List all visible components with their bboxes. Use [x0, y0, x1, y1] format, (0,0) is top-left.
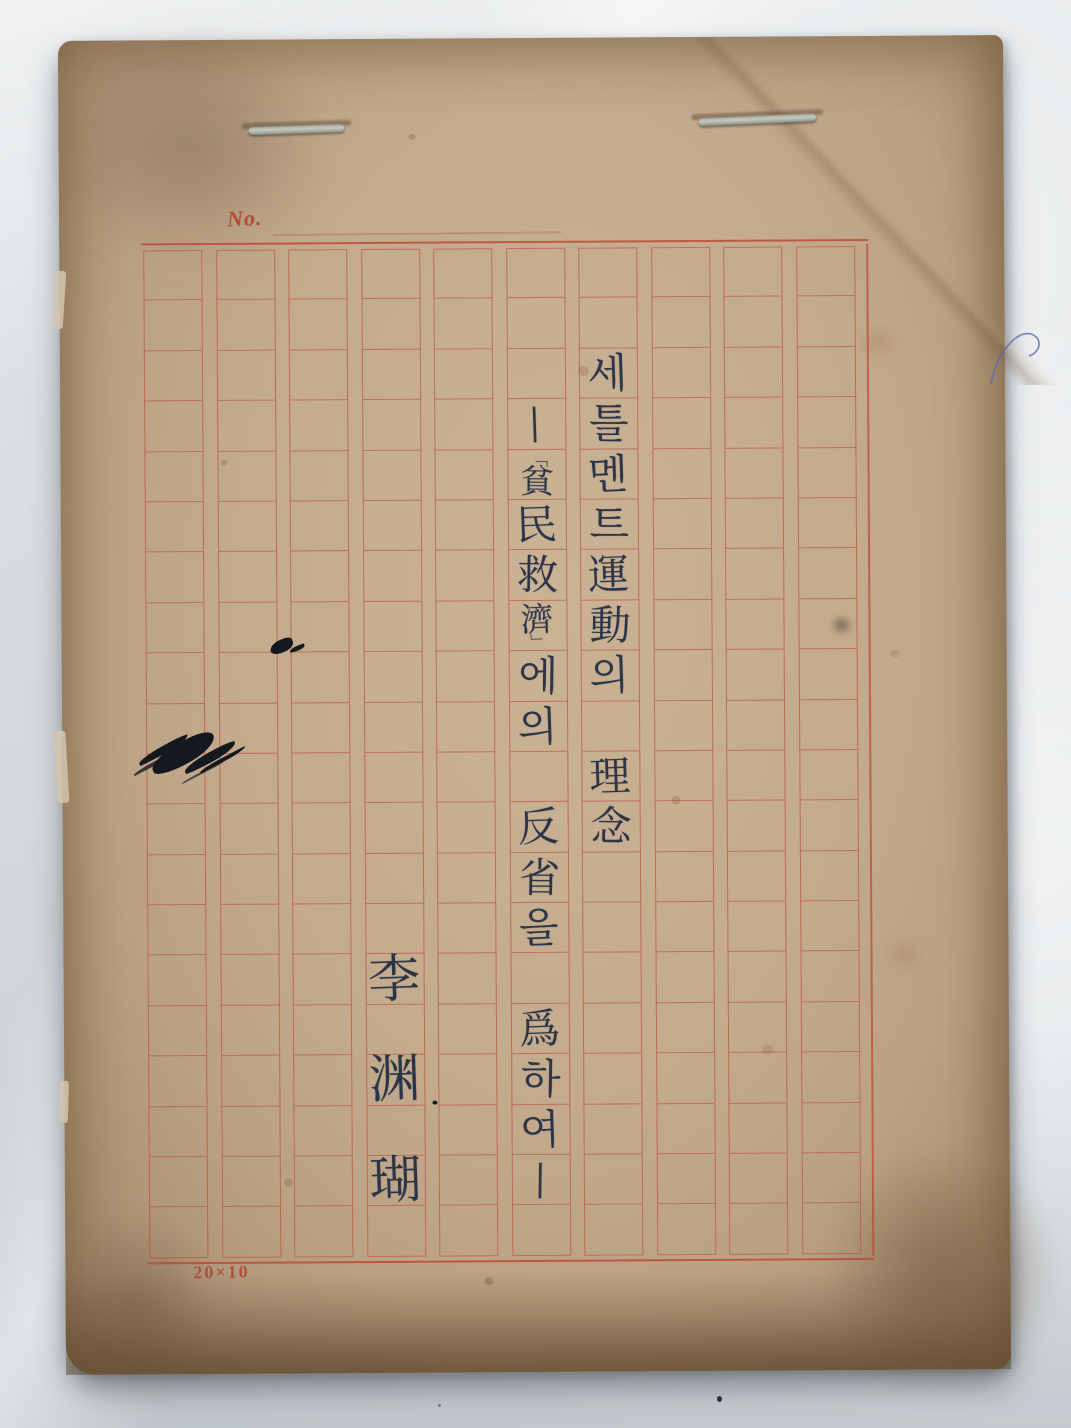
- grid-cell: [802, 1153, 859, 1204]
- grid-cell: [652, 297, 709, 348]
- grid-cell: [727, 750, 784, 801]
- grid-cell: [144, 250, 201, 301]
- grid-cell: [436, 551, 493, 602]
- grid-cell: [585, 1154, 642, 1205]
- handwritten-char: 渊: [367, 1054, 421, 1108]
- grid-cell: [799, 599, 856, 650]
- handwritten-char: 省: [518, 857, 560, 899]
- handwritten-char: 세: [587, 352, 628, 394]
- grid-cell: [728, 902, 785, 953]
- handwritten-char: 運: [588, 554, 630, 596]
- grid-cell: [655, 751, 712, 802]
- ink-speck: [432, 1101, 437, 1105]
- grid-cell: [149, 1056, 206, 1107]
- grid-cell: [726, 498, 783, 549]
- char-cell: 渊: [365, 1054, 424, 1106]
- grid-cell: [657, 1104, 714, 1155]
- grid-cell: [148, 905, 205, 956]
- grid-cell: [363, 400, 420, 451]
- grid-cell: [800, 800, 857, 851]
- grid-cell: [365, 803, 422, 854]
- grid-cell: [800, 851, 857, 902]
- grid-cell: [438, 903, 495, 954]
- stain: [65, 1267, 1011, 1375]
- grid-cell: [223, 1207, 280, 1258]
- grid-cell: [294, 1106, 351, 1157]
- char-cell: 하: [511, 1054, 569, 1105]
- handwritten-char: 멘: [588, 453, 629, 495]
- char-cell: 을: [509, 902, 568, 954]
- grid-cell: [220, 854, 277, 905]
- grid-cell: [434, 248, 491, 299]
- grid-cell: [362, 249, 419, 300]
- grid-column: [216, 250, 281, 1258]
- grid-cell: [656, 902, 713, 953]
- grid-cell: [438, 803, 495, 854]
- grid-cell: [146, 502, 203, 553]
- staple-right: [698, 113, 816, 126]
- grid-column: [433, 248, 498, 1256]
- photograph: No. 20×10 세틀멘트運動의理念—「貧民救濟」에의反省을爲하여—李渊瑚: [0, 0, 1071, 1428]
- grid-cell: [507, 298, 564, 349]
- grid-cell: [652, 247, 709, 298]
- grid-cell: [294, 955, 351, 1006]
- grid-cell: [291, 602, 348, 653]
- grid-cell: [290, 400, 347, 451]
- grid-cell: [362, 299, 419, 350]
- stain: [881, 934, 929, 976]
- char-cell: [367, 1105, 425, 1156]
- grid-cell: [221, 955, 278, 1006]
- handwritten-char: 救: [516, 555, 558, 597]
- grid-cell: [368, 1206, 425, 1257]
- handwritten-char: 의: [517, 706, 558, 748]
- grid-cell: [218, 502, 275, 553]
- grid-cell: [725, 448, 782, 499]
- grid-cell: [436, 601, 493, 652]
- grid-cell: [149, 1006, 206, 1057]
- grid-cell: [657, 1154, 714, 1205]
- grid-cell: [220, 753, 277, 804]
- grid-cell: [365, 853, 422, 904]
- grid-cell: [149, 1107, 206, 1158]
- grid-cell: [726, 599, 783, 650]
- handwritten-char: 하: [520, 1059, 560, 1101]
- handwritten-char: 濟: [519, 603, 553, 637]
- grid-cell: [435, 399, 492, 450]
- handwritten-char: 爲: [518, 1008, 560, 1050]
- grid-cell: [219, 552, 276, 603]
- handwritten-char: —: [515, 404, 555, 444]
- background-speck: [717, 1396, 722, 1402]
- staple-left: [248, 124, 344, 135]
- author-column: 李渊瑚: [365, 954, 424, 1206]
- char-cell: 瑚: [366, 1155, 425, 1207]
- grid-cell: [655, 852, 712, 903]
- grid-cell: [291, 501, 348, 552]
- grid-cell: [513, 1205, 570, 1256]
- grid-cell: [294, 1005, 351, 1056]
- grid-cell: [729, 1053, 786, 1104]
- grid-cell: [728, 851, 785, 902]
- grid-cell: [219, 602, 276, 653]
- torn-edge-chip: [52, 271, 67, 330]
- blue-thread-fiber: [983, 322, 1053, 402]
- char-cell: 救: [508, 550, 566, 601]
- grid-cell: [730, 1153, 787, 1204]
- char-cell: 「貧: [508, 449, 566, 500]
- handwritten-char: 」: [530, 633, 543, 652]
- grid-cell: [802, 1052, 859, 1103]
- subtitle-column: —「貧民救濟」에의反省을爲하여—: [507, 399, 569, 1206]
- grid-cell: [507, 349, 564, 400]
- char-cell: —: [512, 1155, 570, 1206]
- grid-cell: [802, 1103, 859, 1154]
- grid-cell: [289, 249, 346, 300]
- no-underline: [273, 231, 561, 236]
- grid-cell: [364, 702, 421, 753]
- char-cell: 省: [510, 852, 568, 903]
- grid-cell: [290, 451, 347, 502]
- char-cell: [511, 953, 569, 1004]
- char-cell: [366, 1004, 424, 1055]
- handwritten-char: 理: [589, 755, 631, 797]
- grid-cell: [656, 1003, 713, 1054]
- grid-cell: [797, 246, 854, 297]
- grid-cell: [729, 952, 786, 1003]
- grid-cell: [145, 452, 202, 503]
- grid-cell: [725, 297, 782, 348]
- handwritten-char: 念: [590, 806, 632, 848]
- no-label: No.: [227, 205, 263, 232]
- grid-cell: [291, 551, 348, 602]
- char-cell: 念: [582, 801, 640, 852]
- foxing-spots: [409, 134, 416, 140]
- grid-column: [288, 249, 353, 1257]
- grid-cell: [439, 954, 496, 1005]
- grid-cell: [655, 801, 712, 852]
- grid-cell: [653, 398, 710, 449]
- grid-cell: [797, 347, 854, 398]
- grid-cell: [293, 904, 350, 955]
- grid-cell: [150, 1207, 207, 1258]
- handwritten-char: 瑚: [368, 1154, 422, 1208]
- torn-edge-chip: [59, 1081, 69, 1123]
- grid-cell: [222, 1157, 279, 1208]
- char-cell: 틀: [580, 398, 638, 449]
- grid-column: [796, 246, 861, 1254]
- grid-cell: [221, 1005, 278, 1056]
- grid-cell: [363, 501, 420, 552]
- grid-cell: [219, 653, 276, 704]
- handwritten-char: 李: [367, 953, 421, 1007]
- char-cell: 멘: [579, 448, 638, 500]
- char-cell: [510, 752, 568, 803]
- grid-cell: [363, 450, 420, 501]
- grid-cell: [218, 401, 275, 452]
- grid-cell: [145, 401, 202, 452]
- grid-cell: [726, 549, 783, 600]
- grid-cell: [657, 1053, 714, 1104]
- grid-cell: [218, 451, 275, 502]
- grid-cell: [438, 853, 495, 904]
- char-cell: 의: [580, 650, 639, 702]
- grid-cell: [290, 350, 347, 401]
- char-cell: [582, 701, 640, 752]
- grid-cell: [221, 905, 278, 956]
- grid-cell: [799, 548, 856, 599]
- title-column: 세틀멘트運動의理念: [579, 348, 639, 852]
- grid-column: [651, 247, 716, 1255]
- grid-cell: [729, 1002, 786, 1053]
- grid-cell: [583, 852, 640, 903]
- handwritten-char: 「: [530, 449, 543, 467]
- grid-cell: [800, 750, 857, 801]
- grid-cell: [798, 397, 855, 448]
- grid-cell: [584, 1054, 641, 1105]
- grid-cell: [725, 347, 782, 398]
- grid-cell: [437, 702, 494, 753]
- grid-cell: [654, 549, 711, 600]
- char-cell: 濟」: [507, 600, 566, 652]
- handwritten-char: 여: [519, 1109, 560, 1151]
- grid-cell: [653, 499, 710, 550]
- grid-cell: [145, 351, 202, 402]
- grid-cell: [803, 1203, 860, 1254]
- handwritten-char: 反: [517, 806, 559, 848]
- grid-cell: [295, 1156, 352, 1207]
- grid-cell: [725, 398, 782, 449]
- grid-cell: [217, 250, 274, 301]
- handwritten-char: 動: [589, 605, 631, 647]
- char-cell: 여: [510, 1104, 569, 1156]
- manuscript-grid: 세틀멘트運動의理念—「貧民救濟」에의反省을爲하여—李渊瑚: [143, 246, 874, 1258]
- grid-column: [723, 246, 788, 1254]
- handwritten-char: 貧: [520, 464, 553, 497]
- char-cell: 動: [581, 600, 639, 651]
- grid-cell: [798, 498, 855, 549]
- grid-top-border: [141, 239, 868, 245]
- grid-cell: [148, 804, 205, 855]
- grid-cell: [585, 1205, 642, 1256]
- grid-cell: [580, 298, 637, 349]
- handwritten-char: —: [521, 1160, 561, 1200]
- grid-cell: [658, 1204, 715, 1255]
- background-speck: [438, 1404, 441, 1407]
- handwritten-char: 에: [518, 656, 558, 698]
- grid-cell: [295, 1207, 352, 1258]
- grid-cell: [584, 1104, 641, 1155]
- char-cell: 李: [364, 954, 423, 1006]
- grid-cell: [654, 650, 711, 701]
- grid-cell: [583, 902, 640, 953]
- grid-cell: [219, 703, 276, 754]
- grid-cell: [290, 300, 347, 351]
- grid-cell: [366, 904, 423, 955]
- manuscript-paper: No. 20×10 세틀멘트運動의理念—「貧民救濟」에의反省을爲하여—李渊瑚: [58, 35, 1011, 1375]
- grid-cell: [293, 803, 350, 854]
- grid-cell: [727, 650, 784, 701]
- grid-cell: [507, 248, 564, 299]
- grid-cell: [801, 1002, 858, 1053]
- handwritten-char: 의: [589, 655, 630, 697]
- char-cell: 세: [578, 347, 637, 399]
- grid-cell: [439, 1004, 496, 1055]
- grid-cell: [220, 804, 277, 855]
- grid-cell: [149, 955, 206, 1006]
- grid-cell: [147, 653, 204, 704]
- stain: [46, 27, 337, 269]
- grid-cell: [364, 652, 421, 703]
- grid-cell: [222, 1056, 279, 1107]
- grid-cell: [293, 854, 350, 905]
- grid-cell: [799, 700, 856, 751]
- grid-cell: [150, 1157, 207, 1208]
- grid-cell: [292, 652, 349, 703]
- grid-cell: [145, 300, 202, 351]
- grid-bottom-border: [147, 1258, 874, 1264]
- grid-cell: [362, 349, 419, 400]
- grid-cell: [294, 1055, 351, 1106]
- char-cell: 民: [507, 499, 566, 551]
- grid-cell: [801, 901, 858, 952]
- grid-cell: [435, 349, 492, 400]
- grid-cell: [148, 855, 205, 906]
- grid-cell: [217, 350, 274, 401]
- grid-cell: [798, 448, 855, 499]
- grid-cell: [435, 450, 492, 501]
- grid-cell: [797, 296, 854, 347]
- grid-cell: [437, 752, 494, 803]
- grid-cell: [801, 951, 858, 1002]
- grid-cell: [222, 1106, 279, 1157]
- grid-cell: [584, 1003, 641, 1054]
- handwritten-char: 틀: [589, 403, 629, 445]
- grid-cell: [799, 649, 856, 700]
- grid-cell: [292, 703, 349, 754]
- grid-cell: [656, 952, 713, 1003]
- grid-cell: [653, 448, 710, 499]
- grid-right-border: [866, 244, 874, 1256]
- torn-edge-chip: [53, 731, 69, 804]
- char-cell: 反: [508, 801, 567, 853]
- grid-cell: [365, 753, 422, 804]
- grid-cell: [440, 1206, 497, 1257]
- handwritten-char: 을: [518, 907, 559, 949]
- grid-cell: [728, 801, 785, 852]
- grid-cell: [439, 1105, 496, 1156]
- grid-cell: [217, 300, 274, 351]
- grid-cell: [579, 247, 636, 298]
- grid-cell: [435, 299, 492, 350]
- grid-cell: [292, 753, 349, 804]
- handwritten-char: 트: [589, 504, 629, 546]
- grid-cell: [436, 500, 493, 551]
- grid-cell: [146, 552, 203, 603]
- grid-cell: [146, 603, 203, 654]
- grid-size-label: 20×10: [193, 1261, 250, 1283]
- grid-cell: [437, 651, 494, 702]
- grid-cell: [730, 1204, 787, 1255]
- handwritten-char: 民: [515, 504, 557, 546]
- char-cell: 에: [509, 651, 567, 702]
- grid-cell: [654, 700, 711, 751]
- char-cell: —: [506, 398, 565, 450]
- grid-cell: [727, 700, 784, 751]
- grid-cell: [729, 1103, 786, 1154]
- char-cell: 理: [581, 751, 640, 803]
- grid-cell: [652, 348, 709, 399]
- grid-cell: [724, 246, 781, 297]
- grid-cell: [654, 600, 711, 651]
- char-cell: 運: [579, 549, 638, 601]
- char-cell: 爲: [510, 1003, 569, 1055]
- grid-cell: [364, 601, 421, 652]
- grid-cell: [364, 551, 421, 602]
- char-cell: 의: [508, 701, 567, 753]
- grid-cell: [584, 953, 641, 1004]
- grid-cell: [440, 1155, 497, 1206]
- char-cell: 트: [581, 499, 639, 550]
- grid-cell: [439, 1054, 496, 1105]
